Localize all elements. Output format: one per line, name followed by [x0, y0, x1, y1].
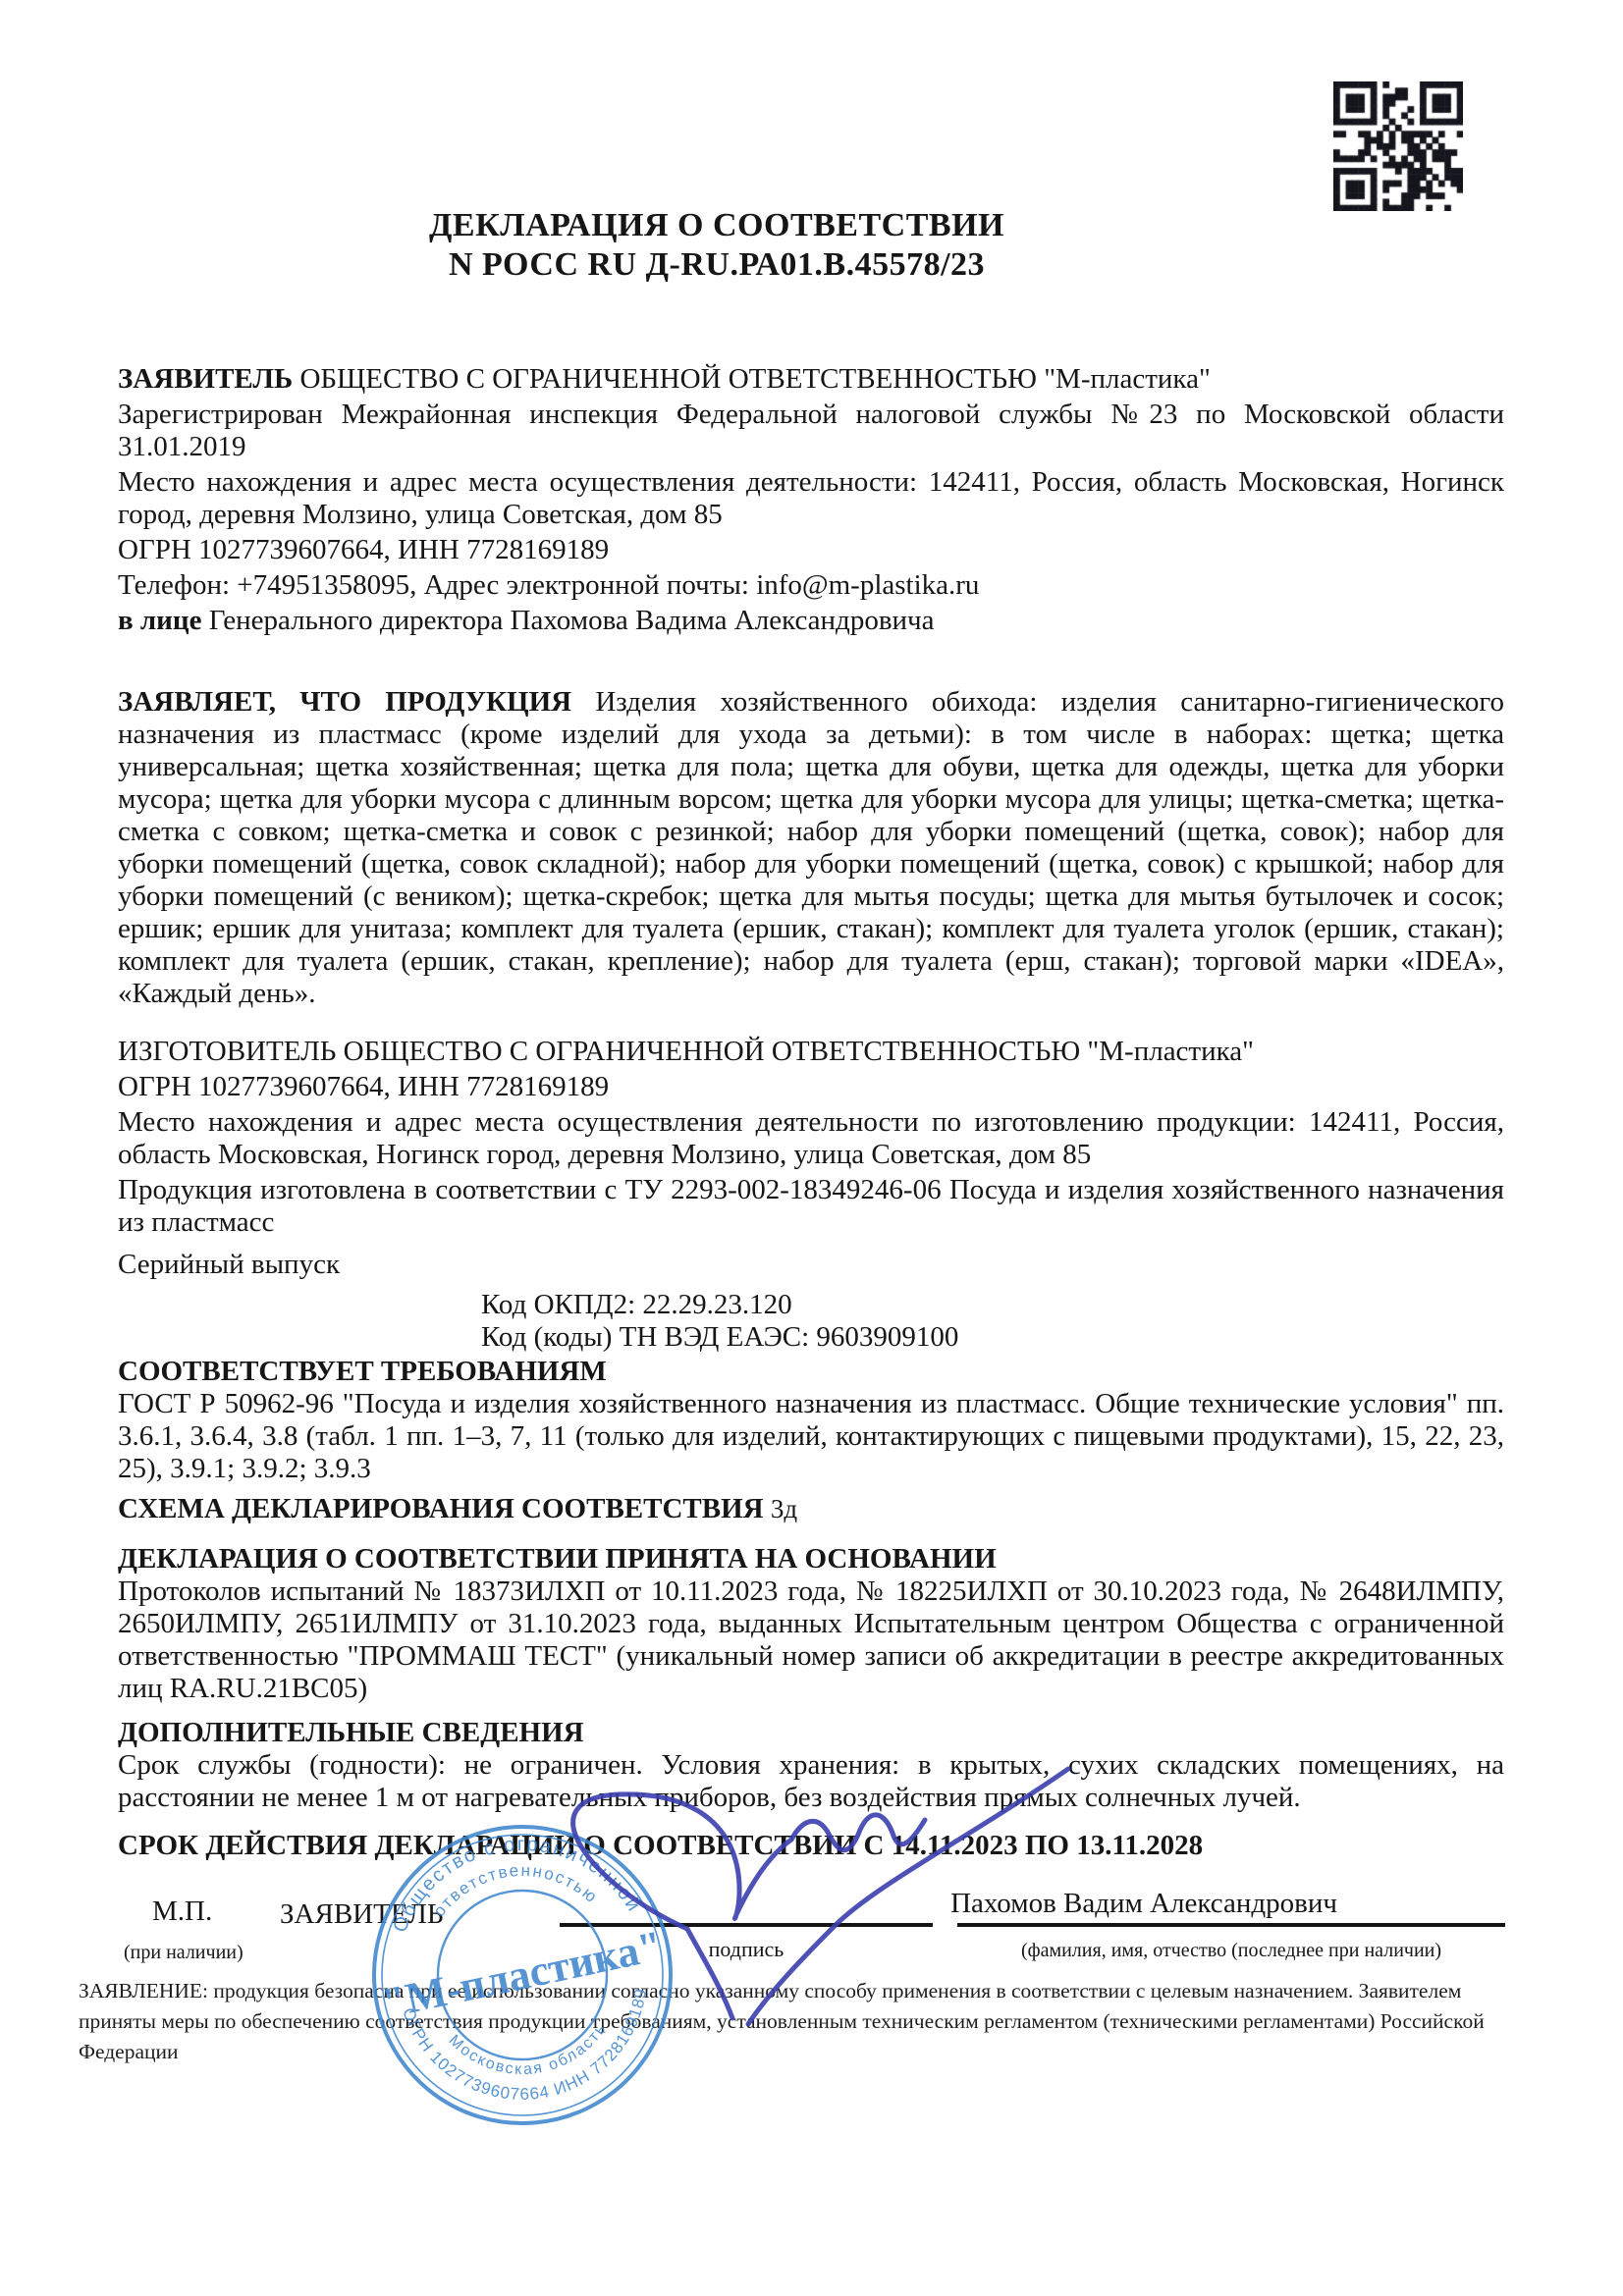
scheme-value: 3д — [771, 1494, 797, 1523]
codes-section: Код ОКПД2: 22.29.23.120 Код (коды) ТН ВЭ… — [481, 1289, 1504, 1354]
tnved-code: Код (коды) ТН ВЭД ЕАЭС: 9603909100 — [481, 1321, 1504, 1354]
applicant-ogrn-inn: ОГРН 1027739607664, ИНН 7728169189 — [118, 534, 1504, 566]
signature-applicant-label: ЗАЯВИТЕЛЬ — [280, 1898, 443, 1931]
basis-text: Протоколов испытаний № 18373ИЛХП от 10.1… — [118, 1575, 1504, 1705]
applicant-name-line: ЗАЯВИТЕЛЬ ОБЩЕСТВО С ОГРАНИЧЕННОЙ ОТВЕТС… — [118, 363, 1504, 396]
stamp-place-label: М.П. — [152, 1896, 212, 1928]
declaration-document-page: ДЕКЛАРАЦИЯ О СООТВЕТСТВИИ N РОСС RU Д-RU… — [0, 0, 1623, 2296]
statement-fineprint: ЗАЯВЛЕНИЕ: продукция безопасна при ее ис… — [79, 1976, 1522, 2067]
document-content: ДЕКЛАРАЦИЯ О СООТВЕТСТВИИ N РОСС RU Д-RU… — [118, 0, 1504, 2067]
product-declaration-section: ЗАЯВЛЯЕТ, ЧТО ПРОДУКЦИЯ Изделия хозяйств… — [118, 686, 1504, 1010]
scheme-heading: СХЕМА ДЕКЛАРИРОВАНИЯ СООТВЕТСТВИЯ 3д — [118, 1493, 1504, 1525]
applicant-registration: Зарегистрирован Межрайонная инспекция Фе… — [118, 399, 1504, 463]
complies-heading: СООТВЕТСТВУЕТ ТРЕБОВАНИЯМ — [118, 1356, 1504, 1388]
applicant-representative: в лице Генерального директора Пахомова В… — [118, 605, 1504, 637]
manufacturer-name-line: ИЗГОТОВИТЕЛЬ ОБЩЕСТВО С ОГРАНИЧЕННОЙ ОТВ… — [118, 1036, 1504, 1068]
title-line-2: N РОСС RU Д-RU.РА01.В.45578/23 — [118, 245, 1316, 285]
serial-production: Серийный выпуск — [118, 1249, 1504, 1281]
product-description: ЗАЯВЛЯЕТ, ЧТО ПРОДУКЦИЯ Изделия хозяйств… — [118, 686, 1504, 1010]
applicant-section: ЗАЯВИТЕЛЬ ОБЩЕСТВО С ОГРАНИЧЕННОЙ ОТВЕТС… — [118, 363, 1504, 637]
represented-by-label: в лице — [118, 605, 201, 636]
signature-block: М.П. (при наличии) ЗАЯВИТЕЛЬ Пахомов Вад… — [118, 1872, 1504, 1970]
stamp-place-note: (при наличии) — [124, 1937, 243, 1969]
signer-name: Пахомов Вадим Александрович — [839, 1888, 1448, 1920]
manufacturer-ogrn-inn: ОГРН 1027739607664, ИНН 7728169189 — [118, 1071, 1504, 1103]
basis-heading: ДЕКЛАРАЦИЯ О СООТВЕТСТВИИ ПРИНЯТА НА ОСН… — [118, 1543, 1504, 1575]
applicant-address: Место нахождения и адрес места осуществл… — [118, 466, 1504, 531]
signature-caption: подпись — [560, 1933, 933, 1965]
applicant-label: ЗАЯВИТЕЛЬ — [118, 363, 293, 395]
title-line-1: ДЕКЛАРАЦИЯ О СООТВЕТСТВИИ — [118, 206, 1316, 245]
manufacturer-tu: Продукция изготовлена в соответствии с Т… — [118, 1174, 1504, 1239]
declares-label: ЗАЯВЛЯЕТ, ЧТО ПРОДУКЦИЯ — [118, 686, 571, 718]
manufacturer-address: Место нахождения и адрес места осуществл… — [118, 1106, 1504, 1171]
applicant-contacts: Телефон: +74951358095, Адрес электронной… — [118, 569, 1504, 602]
signature-underline — [560, 1923, 933, 1927]
complies-text: ГОСТ Р 50962-96 "Посуда и изделия хозяйс… — [118, 1388, 1504, 1485]
additional-text: Срок службы (годности): не ограничен. Ус… — [118, 1749, 1504, 1814]
manufacturer-section: ИЗГОТОВИТЕЛЬ ОБЩЕСТВО С ОГРАНИЧЕННОЙ ОТВ… — [118, 1036, 1504, 1281]
validity-period: СРОК ДЕЙСТВИЯ ДЕКЛАРАЦИИ О СООТВЕТСТВИИ … — [118, 1830, 1504, 1862]
document-title: ДЕКЛАРАЦИЯ О СООТВЕТСТВИИ N РОСС RU Д-RU… — [118, 206, 1316, 285]
name-underline — [957, 1923, 1505, 1927]
okpd2-code: Код ОКПД2: 22.29.23.120 — [481, 1289, 1504, 1321]
additional-heading: ДОПОЛНИТЕЛЬНЫЕ СВЕДЕНИЯ — [118, 1717, 1504, 1749]
name-caption: (фамилия, имя, отчество (последнее при н… — [957, 1935, 1505, 1967]
